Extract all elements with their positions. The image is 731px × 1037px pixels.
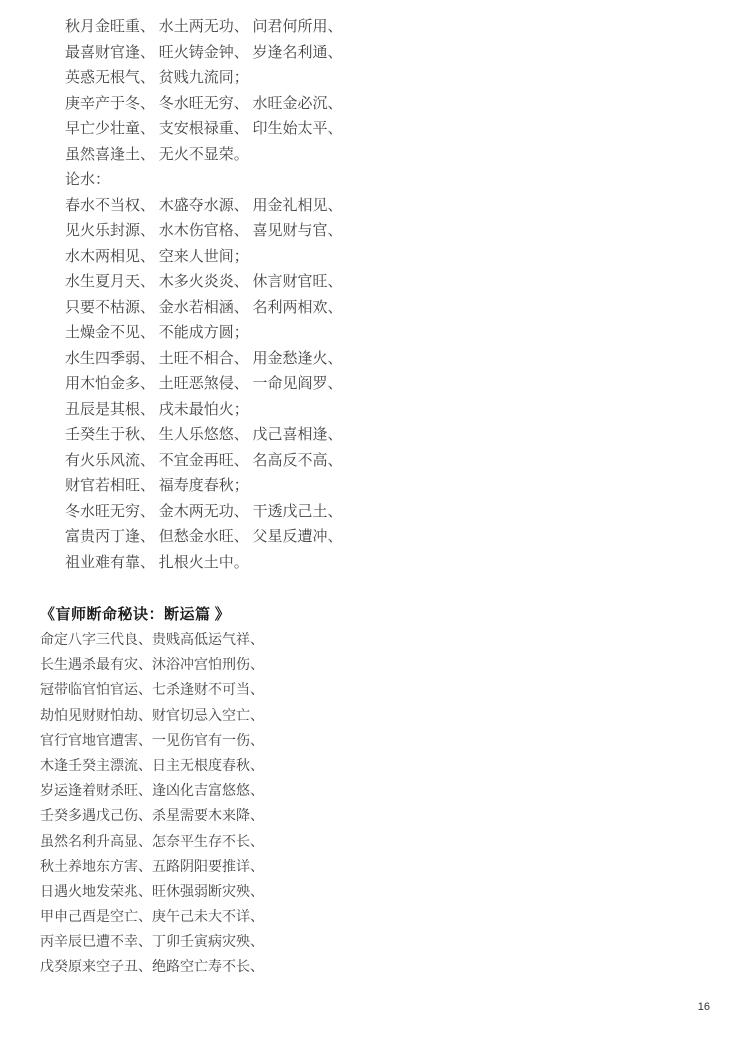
page-number: 16 [698,1001,710,1013]
verse-line: 见火乐封源、 水木伤官格、 喜见财与官、 [65,219,343,245]
verse-line: 甲申己酉是空亡、庚午己未大不详、 [40,905,264,930]
verse-line: 劫怕见财财怕劫、财官切忌入空亡、 [40,704,264,729]
verse-line: 壬癸多遇戊己伤、杀星需要木来降、 [40,804,264,829]
verse-line: 只要不枯源、 金水若相涵、 名利两相欢、 [65,296,343,322]
verse-line: 命定八字三代良、贵贱高低运气祥、 [40,628,264,653]
verse-line: 富贵丙丁逢、 但愁金水旺、 父星反遭冲、 [65,525,343,551]
verse-line: 丑辰是其根、 戌未最怕火； [65,398,343,424]
verse-line: 用木怕金多、 土旺恶煞侵、 一命见阎罗、 [65,372,343,398]
verse-line: 水生夏月天、 木多火炎炎、 休言财官旺、 [65,270,343,296]
verse-line: 论水： [65,168,343,194]
verse-line: 岁运逢着财杀旺、逢凶化吉富悠悠、 [40,779,264,804]
section-heading: 《盲师断命秘诀：断运篇 》 [40,603,230,624]
verse-line: 有火乐风流、 不宜金再旺、 名高反不高、 [65,449,343,475]
verse-line: 日遇火地发荣兆、旺休强弱断灾殃、 [40,880,264,905]
verse-line: 英惑无根气、 贫贱九流同； [65,66,343,92]
verse-line: 土燥金不见、 不能成方圆； [65,321,343,347]
verse-line: 壬癸生于秋、 生人乐悠悠、 戊己喜相逢、 [65,423,343,449]
verse-line: 春水不当权、 木盛夺水源、 用金礼相见、 [65,194,343,220]
verse-line: 冬水旺无穷、 金木两无功、 干透戊己土、 [65,500,343,526]
verse-line: 戊癸原来空子丑、绝路空亡寿不长、 [40,955,264,980]
verse-line: 祖业难有靠、 扎根火土中。 [65,551,343,577]
verse-line: 早亡少壮童、 支安根禄重、 印生始太平、 [65,117,343,143]
verse-line: 虽然名利升高显、怎奈平生存不长、 [40,830,264,855]
verse-line: 水生四季弱、 土旺不相合、 用金愁逢火、 [65,347,343,373]
verse-block-top: 秋月金旺重、 水土两无功、 问君何所用、最喜财官逢、 旺火铸金钟、 岁逢名利通、… [65,15,343,576]
verse-line: 虽然喜逢土、 无火不显荣。 [65,143,343,169]
verse-line: 木逢壬癸主漂流、日主无根度春秋、 [40,754,264,779]
verse-line: 庚辛产于冬、 冬水旺无穷、 水旺金必沉、 [65,92,343,118]
document-page: 秋月金旺重、 水土两无功、 问君何所用、最喜财官逢、 旺火铸金钟、 岁逢名利通、… [0,0,731,1037]
verse-line: 长生遇杀最有灾、沐浴冲宫怕刑伤、 [40,653,264,678]
verse-line: 秋土养地东方害、五路阴阳要推详、 [40,855,264,880]
verse-line: 冠带临官怕官运、七杀逢财不可当、 [40,678,264,703]
verse-block-duanyun: 命定八字三代良、贵贱高低运气祥、长生遇杀最有灾、沐浴冲宫怕刑伤、冠带临官怕官运、… [40,628,264,981]
verse-line: 财官若相旺、 福寿度春秋； [65,474,343,500]
verse-line: 最喜财官逢、 旺火铸金钟、 岁逢名利通、 [65,41,343,67]
verse-line: 丙辛辰巳遭不幸、丁卯壬寅病灾殃、 [40,930,264,955]
verse-line: 秋月金旺重、 水土两无功、 问君何所用、 [65,15,343,41]
verse-line: 官行官地官遭害、一见伤官有一伤、 [40,729,264,754]
verse-line: 水木两相见、 空来人世间； [65,245,343,271]
